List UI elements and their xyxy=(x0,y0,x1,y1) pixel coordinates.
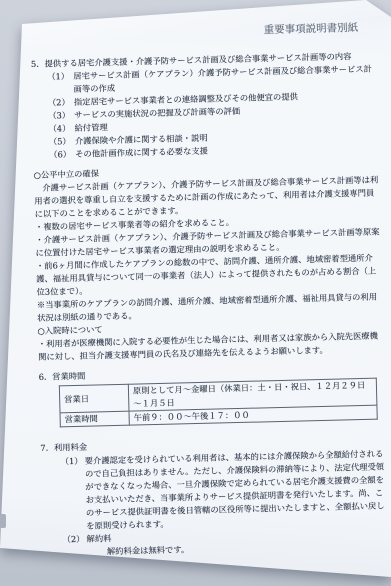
item-marker: （1） xyxy=(47,70,74,97)
paper-sheet: 重要事項説明書別紙 5．提供する居宅介護支援・介護予防サービス計画及び総合事業サ… xyxy=(0,0,391,586)
section5-list: （1） 居宅サービス計画（ケアプラン）介護予防サービス計画及び総合事業サービス計… xyxy=(47,63,379,162)
hours-day-label: 営業日 xyxy=(59,384,129,413)
fees-section: 7．利用料金 （1） 要介護認定を受けられている利用者は、基本的には介護保険から… xyxy=(40,433,389,559)
item-marker: （1） xyxy=(61,455,87,534)
item-marker: （6） xyxy=(49,148,75,162)
hours-section: 6．営業時間 営業日 原則として月～金曜日（休業日：土・日・祝日、１２月２９日～… xyxy=(38,362,385,427)
item-text: 要介護認定を受けられている利用者は、基本的には介護保険から全額給付されるので自己… xyxy=(85,447,389,532)
wall-pin-mark xyxy=(0,514,6,528)
hours-time-label: 営業時間 xyxy=(60,411,129,427)
fairness-section: ○公平中立の確保 介護サービス計画（ケアプラン）、介護予防サービス計画及び総合事… xyxy=(34,161,384,325)
item-marker: （2） xyxy=(48,96,74,110)
fees-list: （1） 要介護認定を受けられている利用者は、基本的には介護保険から全額給付される… xyxy=(61,447,389,559)
paper-shadow-wrap: 重要事項説明書別紙 5．提供する居宅介護支援・介護予防サービス計画及び総合事業サ… xyxy=(0,0,391,586)
item-marker: （2） xyxy=(62,533,86,547)
page-label: 重要事項説明書別紙 xyxy=(30,22,376,42)
item-marker: （4） xyxy=(48,122,74,136)
hospitalization-section: ○入院時について ・利用者が医療機関に入院する必要性が生じた場合には、利用者又は… xyxy=(37,316,384,363)
document-content: 重要事項説明書別紙 5．提供する居宅介護支援・介護予防サービス計画及び総合事業サ… xyxy=(30,16,389,560)
list-item: （1） 要介護認定を受けられている利用者は、基本的には介護保険から全額給付される… xyxy=(61,447,389,533)
hours-table: 営業日 原則として月～金曜日（休業日：土・日・祝日、１２月２９日～１月５日 営業… xyxy=(59,378,378,428)
item-marker: （3） xyxy=(48,109,74,123)
item-marker: （5） xyxy=(49,135,75,149)
document-photo: 重要事項説明書別紙 5．提供する居宅介護支援・介護予防サービス計画及び総合事業サ… xyxy=(0,0,391,586)
